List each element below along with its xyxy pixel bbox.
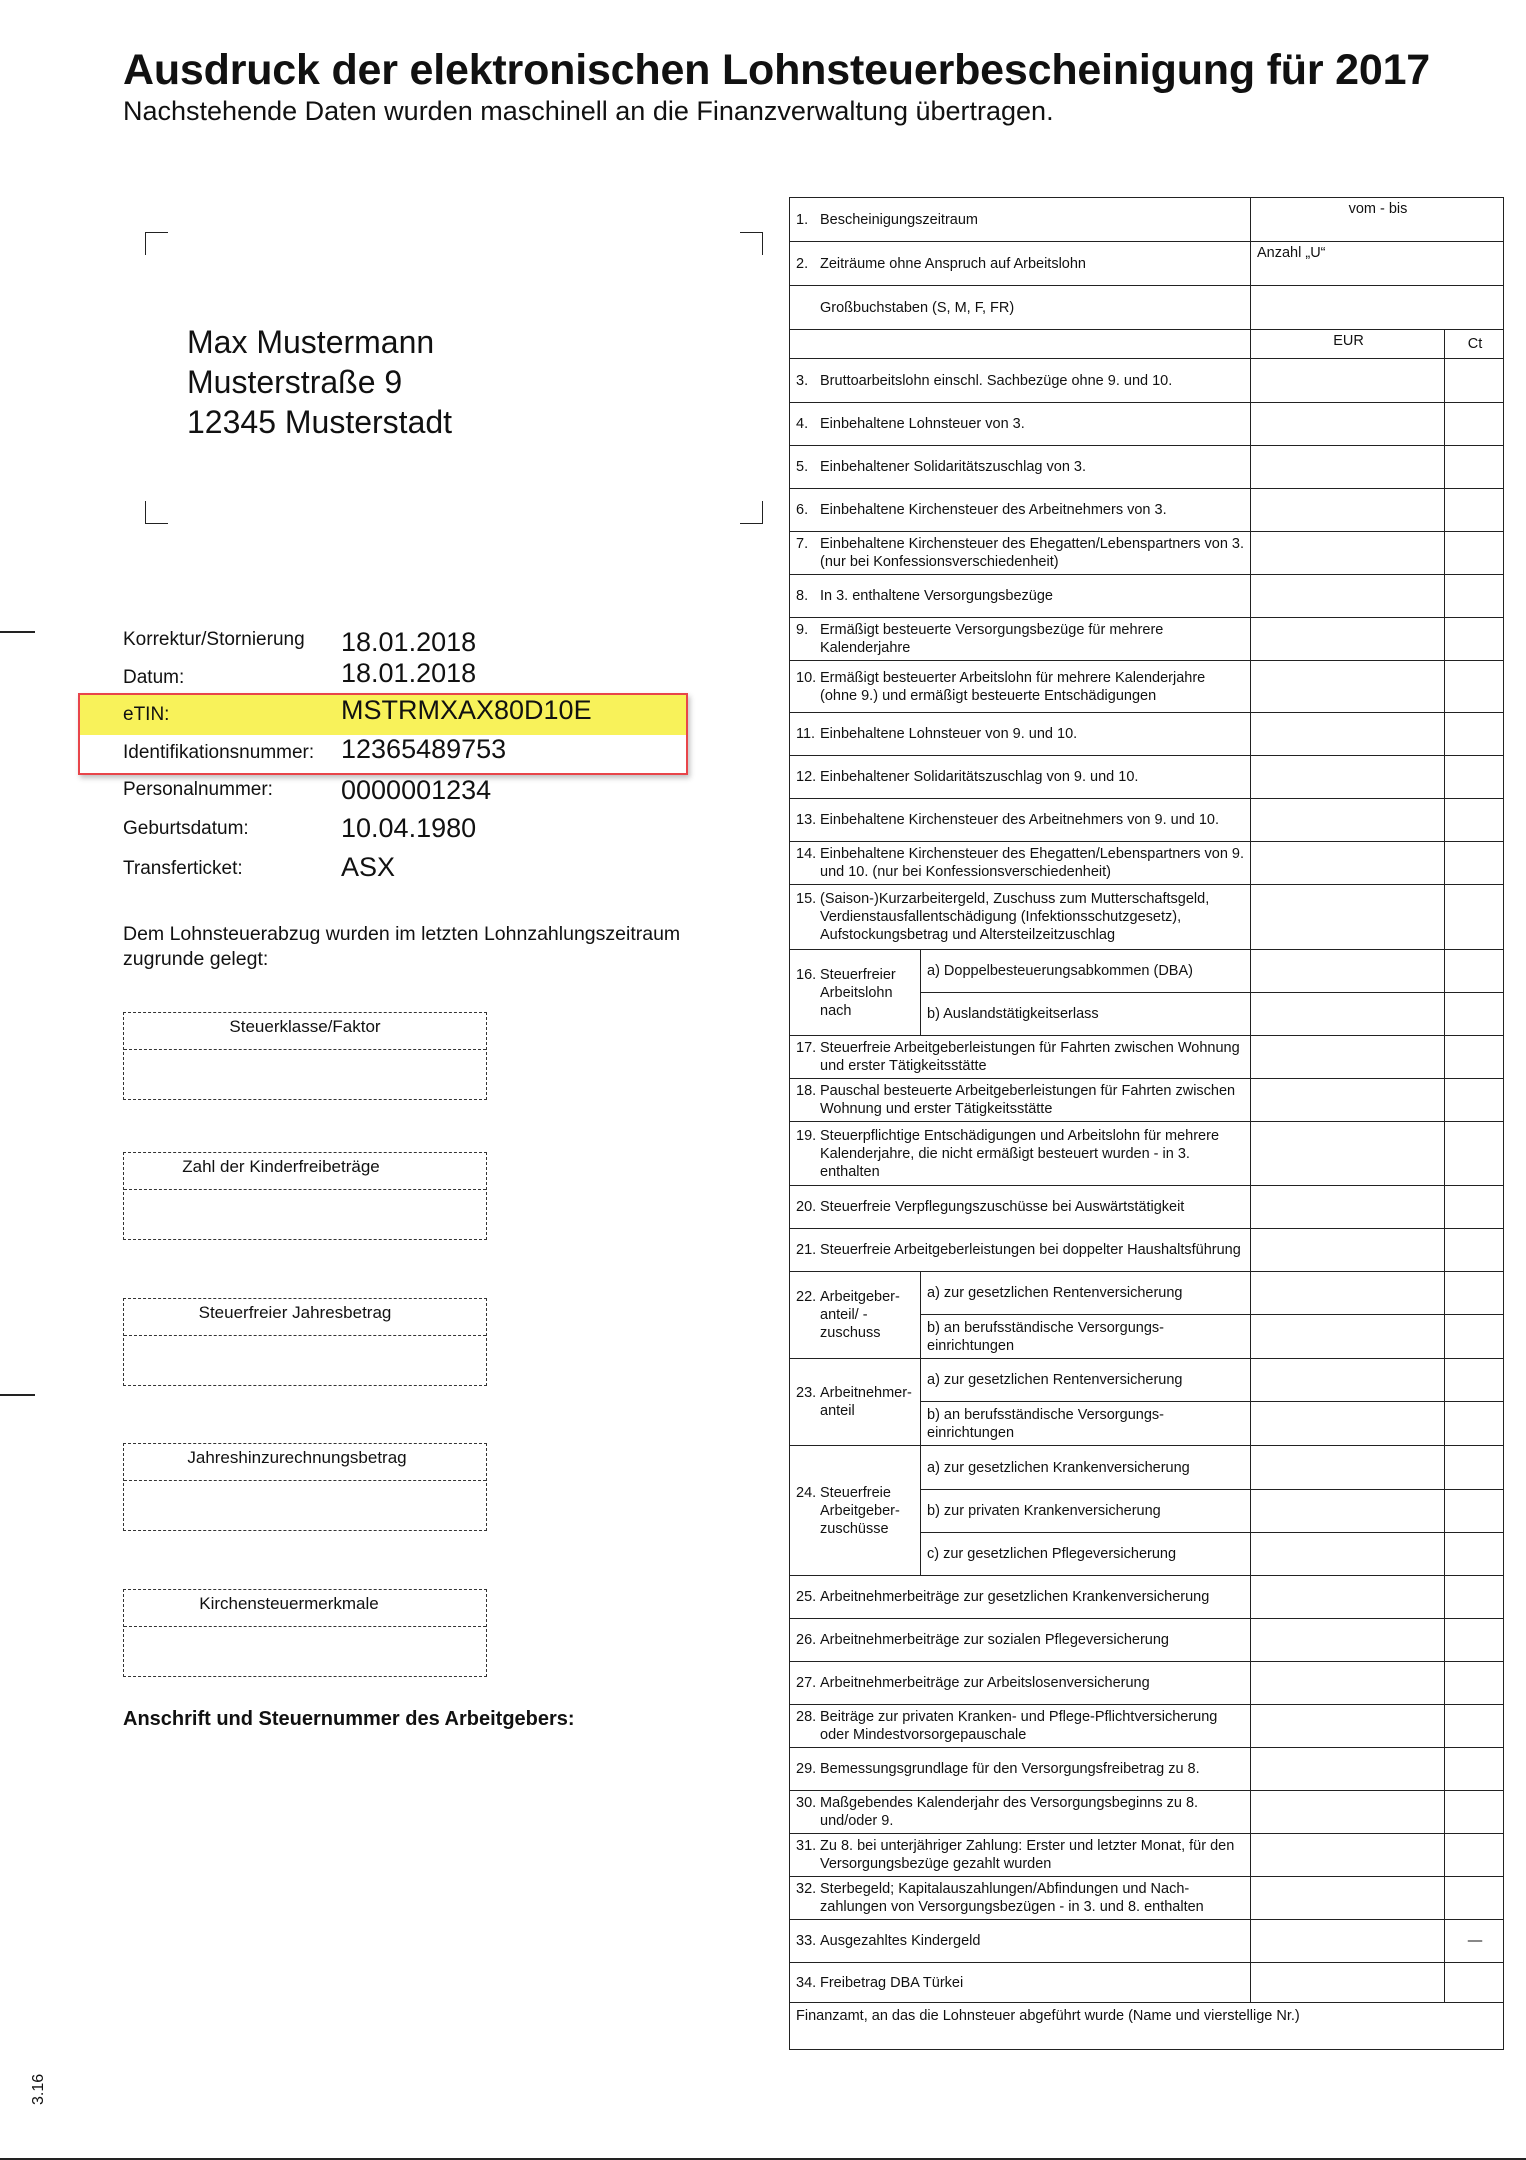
info-value: ASX [341, 852, 395, 883]
ct-cell [1445, 446, 1504, 489]
ct-cell [1445, 756, 1504, 799]
info-label: Transferticket: [123, 858, 243, 880]
info-label: Personalnummer: [123, 779, 273, 801]
row-label: 29.Bemessungsgrundlage für den Versorgun… [790, 1748, 1251, 1791]
eur-cell [1251, 1533, 1445, 1576]
row-label: 16.Steuerfreier Arbeitslohn nach [790, 950, 921, 1036]
recipient-city: 12345 Musterstadt [187, 402, 452, 442]
lead-text: Dem Lohnsteuerabzug wurden im letzten Lo… [123, 922, 743, 972]
table-row: 22.Arbeitgeber-anteil/ -zuschussa) zur g… [790, 1272, 1504, 1315]
address-corner-mark [740, 232, 763, 255]
info-row-datum: Datum: 18.01.2018 [123, 658, 683, 696]
table-row: 4.Einbehaltene Lohnsteuer von 3. [790, 403, 1504, 446]
box-kinderfreibetraege: Zahl der Kinderfreibeträge [123, 1152, 487, 1240]
header-eur: EUR [1251, 330, 1445, 359]
eur-cell [1251, 1036, 1445, 1079]
row-label: 6.Einbehaltene Kirchensteuer des Arbeitn… [790, 489, 1251, 532]
table-row: 19.Steuerpflichtige Entschädigungen und … [790, 1122, 1504, 1186]
row-label: 34.Freibetrag DBA Türkei [790, 1963, 1251, 2003]
table-row: 28.Beiträge zur privaten Kranken- und Pf… [790, 1705, 1504, 1748]
ct-cell [1445, 713, 1504, 756]
ct-cell [1445, 1619, 1504, 1662]
table-row: 29.Bemessungsgrundlage für den Versorgun… [790, 1748, 1504, 1791]
ct-cell [1445, 1359, 1504, 1402]
row-label: 9.Ermäßigt besteuerte Versorgungsbezüge … [790, 618, 1251, 661]
sub-row-label: b) an berufsständische Versorgungs-einri… [921, 1315, 1251, 1359]
info-label: Korrektur/Stornierung [123, 629, 305, 651]
employer-title: Anschrift und Steuernummer des Arbeitgeb… [123, 1708, 575, 1731]
ct-cell [1445, 661, 1504, 713]
ct-cell [1445, 1748, 1504, 1791]
info-row-personalnummer: Personalnummer: 0000001234 [123, 773, 683, 811]
row-label: 31.Zu 8. bei unterjähriger Zahlung: Erst… [790, 1834, 1251, 1877]
table-row: 16.Steuerfreier Arbeitslohn nacha) Doppe… [790, 950, 1504, 993]
table-row: 2.Zeiträume ohne Anspruch auf Arbeitsloh… [790, 242, 1504, 286]
ct-cell [1445, 575, 1504, 618]
ct-cell [1445, 1122, 1504, 1186]
box-label: Steuerklasse/Faktor [124, 1017, 486, 1037]
header-anzahl-u: Anzahl „U“ [1251, 242, 1504, 286]
row-label: 14.Einbehaltene Kirchensteuer des Ehegat… [790, 842, 1251, 885]
ct-cell [1445, 799, 1504, 842]
ct-cell [1445, 1272, 1504, 1315]
ct-cell [1445, 403, 1504, 446]
box-steuerfreier-jahresbetrag: Steuerfreier Jahresbetrag [123, 1298, 487, 1386]
sub-row-label: a) zur gesetzlichen Krankenversicherung [921, 1446, 1251, 1490]
table-row: 5.Einbehaltener Solidaritätszuschlag von… [790, 446, 1504, 489]
info-value: 18.01.2018 [341, 658, 476, 689]
eur-cell [1251, 1619, 1445, 1662]
table-row: 1.Bescheinigungszeitraum vom - bis [790, 198, 1504, 242]
info-label: Geburtsdatum: [123, 818, 249, 840]
eur-cell [1251, 993, 1445, 1036]
row-label: 11.Einbehaltene Lohnsteuer von 9. und 10… [790, 713, 1251, 756]
sub-row-label: a) Doppelbesteuerungsabkommen (DBA) [921, 950, 1251, 993]
value-cell [1251, 286, 1504, 330]
table-row: 27.Arbeitnehmerbeiträge zur Arbeitslosen… [790, 1662, 1504, 1705]
ct-cell [1445, 885, 1504, 950]
ct-cell [1445, 1877, 1504, 1920]
sub-row-label: b) zur privaten Krankenversicherung [921, 1490, 1251, 1533]
table-row: 6.Einbehaltene Kirchensteuer des Arbeitn… [790, 489, 1504, 532]
row-label: 24.Steuerfreie Arbeitgeber-zuschüsse [790, 1446, 921, 1576]
eur-cell [1251, 532, 1445, 575]
ct-cell [1445, 1186, 1504, 1229]
row-label: 12.Einbehaltener Solidaritätszuschlag vo… [790, 756, 1251, 799]
row-label: 7.Einbehaltene Kirchensteuer des Ehegatt… [790, 532, 1251, 575]
row-label: 17.Steuerfreie Arbeitgeberleistungen für… [790, 1036, 1251, 1079]
sub-row-label: a) zur gesetzlichen Rentenversicherung [921, 1359, 1251, 1402]
eur-cell [1251, 1272, 1445, 1315]
table-row: 21.Steuerfreie Arbeitgeberleistungen bei… [790, 1229, 1504, 1272]
eur-cell [1251, 446, 1445, 489]
box-divider [124, 1049, 486, 1050]
eur-cell [1251, 1402, 1445, 1446]
ct-cell [1445, 993, 1504, 1036]
ct-cell [1445, 1963, 1504, 2003]
eur-cell [1251, 1359, 1445, 1402]
row-label: 20.Steuerfreie Verpflegungszuschüsse bei… [790, 1186, 1251, 1229]
row-label: 22.Arbeitgeber-anteil/ -zuschuss [790, 1272, 921, 1359]
eur-cell [1251, 1122, 1445, 1186]
eur-cell [1251, 359, 1445, 403]
eur-cell [1251, 1662, 1445, 1705]
table-row: 10.Ermäßigt besteuerter Arbeitslohn für … [790, 661, 1504, 713]
header-ct: Ct [1445, 330, 1504, 359]
table-row: 24.Steuerfreie Arbeitgeber-zuschüssea) z… [790, 1446, 1504, 1490]
info-row-transferticket: Transferticket: ASX [123, 851, 683, 889]
table-row: 31.Zu 8. bei unterjähriger Zahlung: Erst… [790, 1834, 1504, 1877]
table-row: 8.In 3. enthaltene Versorgungsbezüge [790, 575, 1504, 618]
box-divider [124, 1335, 486, 1336]
table-row: 23.Arbeitnehmer-anteila) zur gesetzliche… [790, 1359, 1504, 1402]
page-title: Ausdruck der elektronischen Lohnsteuerbe… [123, 46, 1430, 95]
table-row: 15.(Saison-)Kurzarbeitergeld, Zuschuss z… [790, 885, 1504, 950]
eur-cell [1251, 1229, 1445, 1272]
ct-cell [1445, 489, 1504, 532]
eur-cell [1251, 1705, 1445, 1748]
eur-cell [1251, 842, 1445, 885]
row-label: 28.Beiträge zur privaten Kranken- und Pf… [790, 1705, 1251, 1748]
finanzamt-field: Finanzamt, an das die Lohnsteuer abgefüh… [790, 2003, 1504, 2050]
row-label: 21.Steuerfreie Arbeitgeberleistungen bei… [790, 1229, 1251, 1272]
row-label: 18.Pauschal besteuerte Arbeitgeberleistu… [790, 1079, 1251, 1122]
ct-cell [1445, 359, 1504, 403]
ct-cell [1445, 1315, 1504, 1359]
eur-cell [1251, 1576, 1445, 1619]
ct-cell [1445, 1402, 1504, 1446]
table-row: 9.Ermäßigt besteuerte Versorgungsbezüge … [790, 618, 1504, 661]
address-corner-mark [740, 501, 763, 524]
ct-cell [1445, 1229, 1504, 1272]
row-label: Großbuchstaben (S, M, F, FR) [790, 286, 1251, 330]
table-row: 17.Steuerfreie Arbeitgeberleistungen für… [790, 1036, 1504, 1079]
ct-cell [1445, 1490, 1504, 1533]
table-row: 25.Arbeitnehmerbeiträge zur gesetzlichen… [790, 1576, 1504, 1619]
table-row: 34.Freibetrag DBA Türkei [790, 1963, 1504, 2003]
table-row: 26.Arbeitnehmerbeiträge zur sozialen Pfl… [790, 1619, 1504, 1662]
table-row-finanzamt: Finanzamt, an das die Lohnsteuer abgefüh… [790, 2003, 1504, 2050]
eur-cell [1251, 756, 1445, 799]
ct-cell [1445, 1079, 1504, 1122]
eur-cell [1251, 1791, 1445, 1834]
ct-cell [1445, 532, 1504, 575]
row-label: 26.Arbeitnehmerbeiträge zur sozialen Pfl… [790, 1619, 1251, 1662]
table-row: 18.Pauschal besteuerte Arbeitgeberleistu… [790, 1079, 1504, 1122]
row-label: 25.Arbeitnehmerbeiträge zur gesetzlichen… [790, 1576, 1251, 1619]
box-divider [124, 1626, 486, 1627]
box-divider [124, 1480, 486, 1481]
eur-cell [1251, 661, 1445, 713]
eur-cell [1251, 1920, 1445, 1963]
row-label: 23.Arbeitnehmer-anteil [790, 1359, 921, 1446]
box-kirchensteuermerkmale: Kirchensteuermerkmale [123, 1589, 487, 1677]
eur-cell [1251, 1079, 1445, 1122]
row-label: 5.Einbehaltener Solidaritätszuschlag von… [790, 446, 1251, 489]
row-label: 3.Bruttoarbeitslohn einschl. Sachbezüge … [790, 359, 1251, 403]
ct-cell [1445, 1834, 1504, 1877]
recipient-name: Max Mustermann [187, 322, 452, 362]
form-version: 3.16 [30, 2074, 48, 2105]
table-row: 3.Bruttoarbeitslohn einschl. Sachbezüge … [790, 359, 1504, 403]
table-row: 33.Ausgezahltes Kindergeld— [790, 1920, 1504, 1963]
eur-cell [1251, 1963, 1445, 2003]
box-divider [124, 1189, 486, 1190]
info-label: Datum: [123, 667, 184, 689]
table-row: 13.Einbehaltene Kirchensteuer des Arbeit… [790, 799, 1504, 842]
eur-cell [1251, 1748, 1445, 1791]
row-label: 15.(Saison-)Kurzarbeitergeld, Zuschuss z… [790, 885, 1251, 950]
lohnsteuer-table: 1.Bescheinigungszeitraum vom - bis 2.Zei… [789, 197, 1504, 2050]
eur-cell [1251, 489, 1445, 532]
info-value: 0000001234 [341, 775, 491, 806]
ct-cell [1445, 618, 1504, 661]
ct-cell [1445, 842, 1504, 885]
highlight-frame [78, 693, 688, 775]
ct-cell [1445, 1446, 1504, 1490]
row-label: 30.Maßgebendes Kalenderjahr des Versorgu… [790, 1791, 1251, 1834]
recipient-street: Musterstraße 9 [187, 362, 452, 402]
eur-cell [1251, 1315, 1445, 1359]
ct-cell [1445, 1791, 1504, 1834]
box-jahreshinzurechnungsbetrag: Jahreshinzurechnungsbetrag [123, 1443, 487, 1531]
fold-mark [0, 631, 35, 633]
eur-cell [1251, 575, 1445, 618]
table-row: 12.Einbehaltener Solidaritätszuschlag vo… [790, 756, 1504, 799]
info-value: 18.01.2018 [341, 627, 476, 658]
row-label: 32.Sterbegeld; Kapitalauszahlungen/Abfin… [790, 1877, 1251, 1920]
eur-cell [1251, 1446, 1445, 1490]
row-label: 1.Bescheinigungszeitraum [790, 198, 1251, 242]
box-label: Steuerfreier Jahresbetrag [114, 1303, 476, 1323]
eur-cell [1251, 618, 1445, 661]
eur-cell [1251, 713, 1445, 756]
ct-cell [1445, 1576, 1504, 1619]
sub-row-label: b) Auslandstätigkeitserlass [921, 993, 1251, 1036]
table-row: 32.Sterbegeld; Kapitalauszahlungen/Abfin… [790, 1877, 1504, 1920]
eur-cell [1251, 885, 1445, 950]
table-row: Großbuchstaben (S, M, F, FR) [790, 286, 1504, 330]
empty-cell [790, 330, 1251, 359]
eur-cell [1251, 1877, 1445, 1920]
row-label: 8.In 3. enthaltene Versorgungsbezüge [790, 575, 1251, 618]
row-label: 2.Zeiträume ohne Anspruch auf Arbeitsloh… [790, 242, 1251, 286]
ct-cell [1445, 1705, 1504, 1748]
box-label: Jahreshinzurechnungsbetrag [116, 1448, 478, 1468]
table-row: 20.Steuerfreie Verpflegungszuschüsse bei… [790, 1186, 1504, 1229]
box-steuerklasse: Steuerklasse/Faktor [123, 1012, 487, 1100]
eur-cell [1251, 1186, 1445, 1229]
recipient-address: Max Mustermann Musterstraße 9 12345 Must… [187, 322, 452, 442]
info-value: 10.04.1980 [341, 813, 476, 844]
ct-cell: — [1445, 1920, 1504, 1963]
fold-mark [0, 1394, 35, 1396]
ct-cell [1445, 950, 1504, 993]
sub-row-label: c) zur gesetzlichen Pflegeversicherung [921, 1533, 1251, 1576]
table-row: 11.Einbehaltene Lohnsteuer von 9. und 10… [790, 713, 1504, 756]
address-corner-mark [145, 232, 168, 255]
header-vom-bis: vom - bis [1251, 198, 1504, 242]
row-label: 13.Einbehaltene Kirchensteuer des Arbeit… [790, 799, 1251, 842]
eur-cell [1251, 1490, 1445, 1533]
eur-cell [1251, 403, 1445, 446]
table-row: 7.Einbehaltene Kirchensteuer des Ehegatt… [790, 532, 1504, 575]
table-header-row: EUR Ct [790, 330, 1504, 359]
eur-cell [1251, 799, 1445, 842]
box-label: Zahl der Kinderfreibeträge [100, 1157, 462, 1177]
row-label: 19.Steuerpflichtige Entschädigungen und … [790, 1122, 1251, 1186]
address-corner-mark [145, 501, 168, 524]
ct-cell [1445, 1533, 1504, 1576]
eur-cell [1251, 1834, 1445, 1877]
ct-cell [1445, 1662, 1504, 1705]
row-label: 10.Ermäßigt besteuerter Arbeitslohn für … [790, 661, 1251, 713]
ct-cell [1445, 1036, 1504, 1079]
info-row-geburtsdatum: Geburtsdatum: 10.04.1980 [123, 812, 683, 850]
table-row: 30.Maßgebendes Kalenderjahr des Versorgu… [790, 1791, 1504, 1834]
table-row: 14.Einbehaltene Kirchensteuer des Ehegat… [790, 842, 1504, 885]
box-label: Kirchensteuermerkmale [108, 1594, 470, 1614]
row-label: 4.Einbehaltene Lohnsteuer von 3. [790, 403, 1251, 446]
page-subtitle: Nachstehende Daten wurden maschinell an … [123, 96, 1054, 127]
row-label: 33.Ausgezahltes Kindergeld [790, 1920, 1251, 1963]
row-label: 27.Arbeitnehmerbeiträge zur Arbeitslosen… [790, 1662, 1251, 1705]
sub-row-label: b) an berufsständische Versorgungs-einri… [921, 1402, 1251, 1446]
eur-cell [1251, 950, 1445, 993]
sub-row-label: a) zur gesetzlichen Rentenversicherung [921, 1272, 1251, 1315]
